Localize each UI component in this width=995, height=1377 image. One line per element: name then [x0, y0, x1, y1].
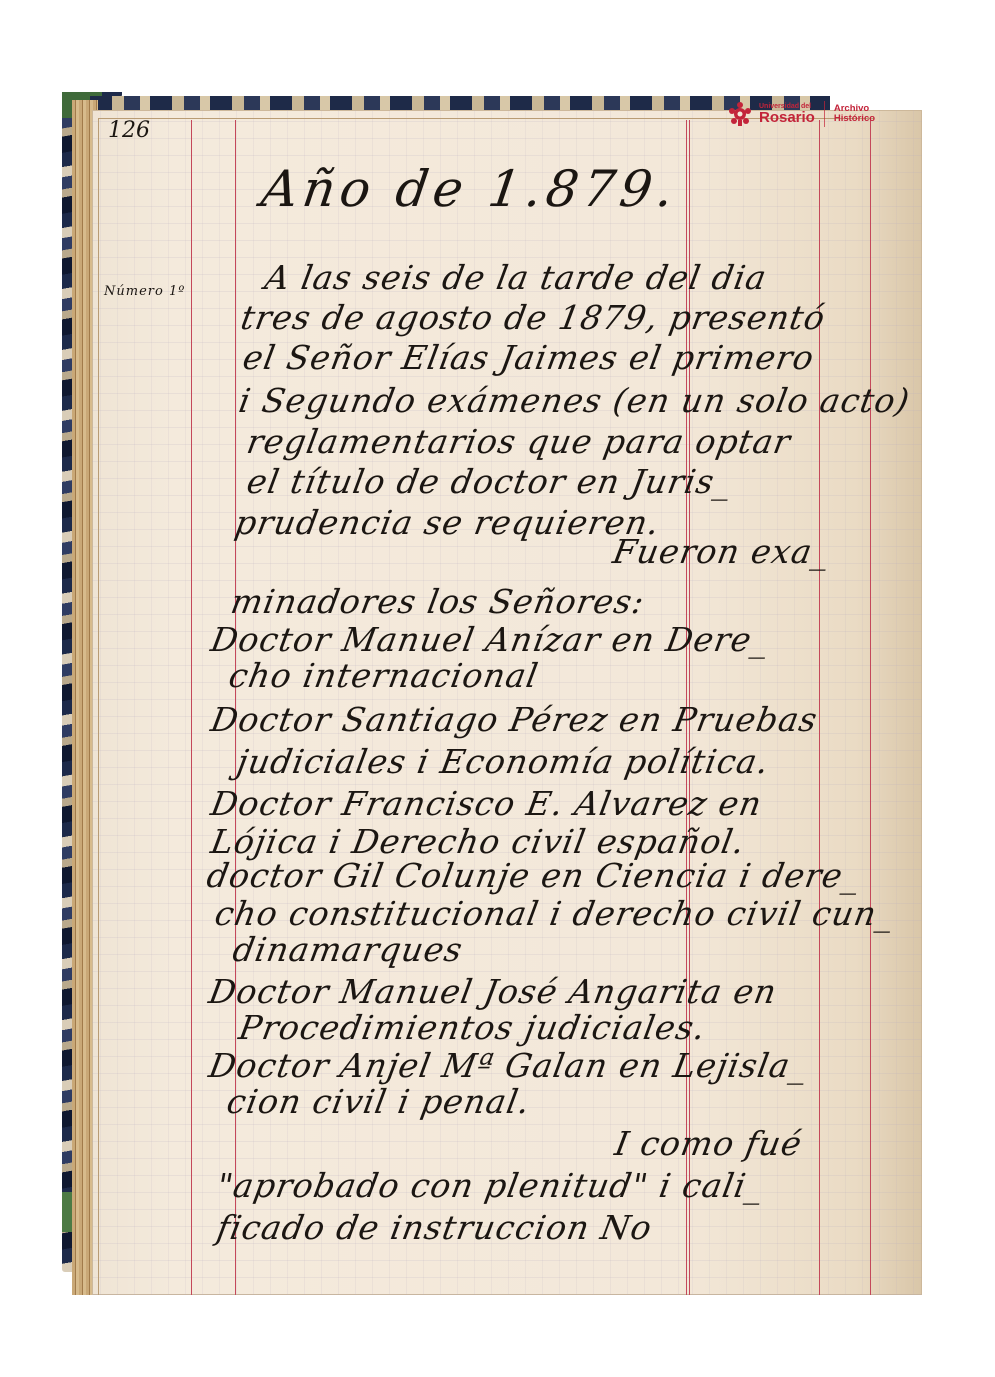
text-line: Doctor Francisco E. Alvarez en	[208, 784, 765, 823]
text-line: minadores los Señores:	[228, 582, 648, 621]
archive-watermark-logo: Universidad del Rosario Archivo Históric…	[727, 101, 875, 127]
text-line: reglamentarios que para optar	[244, 422, 794, 461]
margin-note: Número 1º	[104, 284, 185, 299]
archive-label: Archivo Histórico	[834, 104, 875, 125]
text-line: i Segundo exámenes (en un solo acto)	[236, 381, 913, 420]
text-line: Doctor Anjel Mª Galan en Lejisla_	[206, 1046, 811, 1085]
text-line: doctor Gil Colunje en Ciencia i dere_	[204, 856, 864, 895]
text-line: Doctor Manuel José Angarita en	[206, 972, 780, 1011]
column-rule-right-2	[870, 120, 871, 1295]
text-line: ficado de instruccion No	[214, 1208, 655, 1247]
text-line: A las seis de la tarde del dia	[262, 258, 770, 297]
text-line: judiciales i Economía política.	[234, 742, 772, 781]
text-line: el Señor Elías Jaimes el primero	[240, 338, 817, 377]
folio-number: 126	[108, 118, 150, 143]
page-title: Año de 1.879.	[258, 160, 682, 218]
text-line: el título de doctor en Juris_	[244, 462, 735, 501]
text-line: prudencia se requieren.	[232, 503, 663, 542]
text-line: cho constitucional i derecho civil cun_	[212, 894, 898, 933]
text-line: Doctor Manuel Anízar en Dere_	[208, 620, 773, 659]
text-line: tres de agosto de 1879, presentó	[238, 298, 829, 337]
institution-name: Universidad del Rosario	[759, 103, 815, 125]
crest-icon	[727, 101, 753, 127]
margin-rule-left-1	[191, 120, 192, 1295]
text-line: Doctor Santiago Pérez en Pruebas	[208, 700, 821, 739]
text-line: "aprobado con plenitud" i cali_	[214, 1166, 767, 1205]
institution-big: Rosario	[759, 110, 815, 125]
logo-divider	[824, 101, 825, 127]
text-line: Procedimientos judiciales.	[236, 1008, 709, 1047]
text-line: Fueron exa_	[610, 532, 833, 571]
text-line: cho internacional	[226, 656, 542, 695]
text-line: cion civil i penal.	[224, 1082, 533, 1121]
text-line: I como fué	[612, 1124, 805, 1163]
archive-line-2: Histórico	[834, 114, 875, 124]
text-line: dinamarques	[230, 930, 466, 969]
